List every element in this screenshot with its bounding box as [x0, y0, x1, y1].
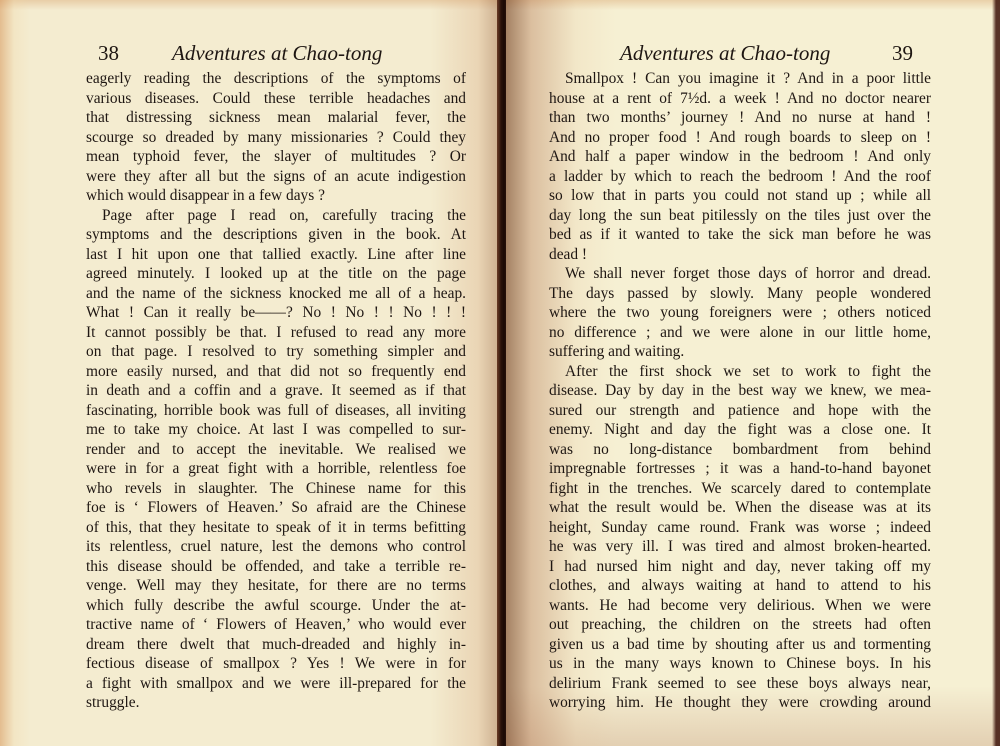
text-line: no difference ; and we were alone in our… — [549, 323, 931, 343]
page-number-left: 38 — [98, 38, 119, 68]
text-line: a ladder by which to reach the bedroom !… — [549, 167, 931, 187]
text-line: was no long-distance bombardment from be… — [549, 440, 931, 460]
text-line: its relentless, cruel nature, lest the d… — [86, 537, 466, 557]
text-line: bed as if it wanted to take the sick man… — [549, 225, 931, 245]
text-line: What ! Can it really be——? No ! No ! ! N… — [86, 303, 466, 323]
text-line: Page after page I read on, carefully tra… — [86, 206, 466, 226]
text-line: venge. Well may they hesitate, for there… — [86, 576, 466, 596]
text-line: more easily nursed, and that did not so … — [86, 362, 466, 382]
page-number-right: 39 — [892, 38, 913, 68]
text-line: me to take my choice. At last I was comp… — [86, 420, 466, 440]
text-line: than two months’ journey ! And no nurse … — [549, 108, 931, 128]
running-title-right: Adventures at Chao-tong — [620, 38, 830, 68]
text-line: scourge so dreaded by many missionaries … — [86, 128, 466, 148]
text-line: It cannot possibly be that. I refused to… — [86, 323, 466, 343]
left-page: 38 Adventures at Chao-tong eagerly readi… — [0, 0, 500, 746]
text-line: us in the many ways known to Chinese boy… — [549, 654, 931, 674]
text-line: disease. Day by day in the best way we k… — [549, 381, 931, 401]
text-line: tractive name of ‘ Flowers of Heaven,’ w… — [86, 615, 466, 635]
text-line: last I hit upon one that tallied exactly… — [86, 245, 466, 265]
text-line: delirium Frank seemed to see these boys … — [549, 674, 931, 694]
text-line: foe is ‘ Flowers of Heaven.’ So afraid a… — [86, 498, 466, 518]
text-line: which fully describe the awful scourge. … — [86, 596, 466, 616]
text-line: day long the sun beat pitilessly on the … — [549, 206, 931, 226]
text-line: and the name of the sickness knocked me … — [86, 284, 466, 304]
text-line: The days passed by slowly. Many people w… — [549, 284, 931, 304]
text-line: which would disappear in a few days ? — [86, 186, 466, 206]
text-line: height, Sunday came round. Frank was wor… — [549, 518, 931, 538]
text-line: And half a paper window in the bedroom !… — [549, 147, 931, 167]
text-line: wants. He had become very delirious. Whe… — [549, 596, 931, 616]
text-line: various diseases. Could these terrible h… — [86, 89, 466, 109]
book-spread: 38 Adventures at Chao-tong eagerly readi… — [0, 0, 1000, 746]
text-line: fectious disease of smallpox ? Yes ! We … — [86, 654, 466, 674]
text-line: this disease should be offended, and tak… — [86, 557, 466, 577]
text-line: dead ! — [549, 245, 931, 265]
text-line: that distressing sickness mean malarial … — [86, 108, 466, 128]
text-line: so low that in parts you could not stand… — [549, 186, 931, 206]
text-line: enemy. Night and day the fight was a clo… — [549, 420, 931, 440]
text-line: he was very ill. I was tired and almost … — [549, 537, 931, 557]
text-line: mean typhoid fever, the slayer of multit… — [86, 147, 466, 167]
text-line: fight in the trenches. We scarcely dared… — [549, 479, 931, 499]
text-line: We shall never forget those days of horr… — [549, 264, 931, 284]
text-line: given us a bad time by shouting after us… — [549, 635, 931, 655]
text-line: struggle. — [86, 693, 466, 713]
running-title-left: Adventures at Chao-tong — [172, 38, 382, 68]
right-page: Adventures at Chao-tong 39 Smallpox ! Ca… — [506, 0, 1000, 746]
text-line: agreed minutely. I looked up at the titl… — [86, 264, 466, 284]
text-line: house at a rent of 7½d. a week ! And no … — [549, 89, 931, 109]
text-line: who revels in slaughter. The Chinese nam… — [86, 479, 466, 499]
text-line: a fight with smallpox and we were ill-pr… — [86, 674, 466, 694]
text-line: where the two young foreigners were ; ot… — [549, 303, 931, 323]
text-line: Smallpox ! Can you imagine it ? And in a… — [549, 69, 931, 89]
text-line: dream there dwelt that much-dreaded and … — [86, 635, 466, 655]
text-line: were in for a great fight with a horribl… — [86, 459, 466, 479]
text-line: out preaching, the children on the stree… — [549, 615, 931, 635]
text-line: in death and a coffin and a grave. It se… — [86, 381, 466, 401]
text-line: worrying him. He thought they were crowd… — [549, 693, 931, 713]
text-line: I had nursed him night and day, never ta… — [549, 557, 931, 577]
text-line: on that page. I resolved to try somethin… — [86, 342, 466, 362]
text-line: symptoms and the descriptions given in t… — [86, 225, 466, 245]
text-line: eagerly reading the descriptions of the … — [86, 69, 466, 89]
left-page-body: eagerly reading the descriptions of the … — [86, 69, 466, 713]
text-line: After the first shock we set to work to … — [549, 362, 931, 382]
text-line: what the result would be. When the disea… — [549, 498, 931, 518]
text-line: impregnable fortresses ; it was a hand-t… — [549, 459, 931, 479]
text-line: clothes, and always waiting at hand to a… — [549, 576, 931, 596]
text-line: fascinating, horrible book was full of d… — [86, 401, 466, 421]
text-line: sured our strength and patience and hope… — [549, 401, 931, 421]
right-page-body: Smallpox ! Can you imagine it ? And in a… — [549, 69, 931, 713]
text-line: render and to accept the inevitable. We … — [86, 440, 466, 460]
text-line: suffering and waiting. — [549, 342, 931, 362]
text-line: And no proper food ! And rough boards to… — [549, 128, 931, 148]
text-line: of this, that they hesitate to speak of … — [86, 518, 466, 538]
text-line: were they after all but the signs of an … — [86, 167, 466, 187]
